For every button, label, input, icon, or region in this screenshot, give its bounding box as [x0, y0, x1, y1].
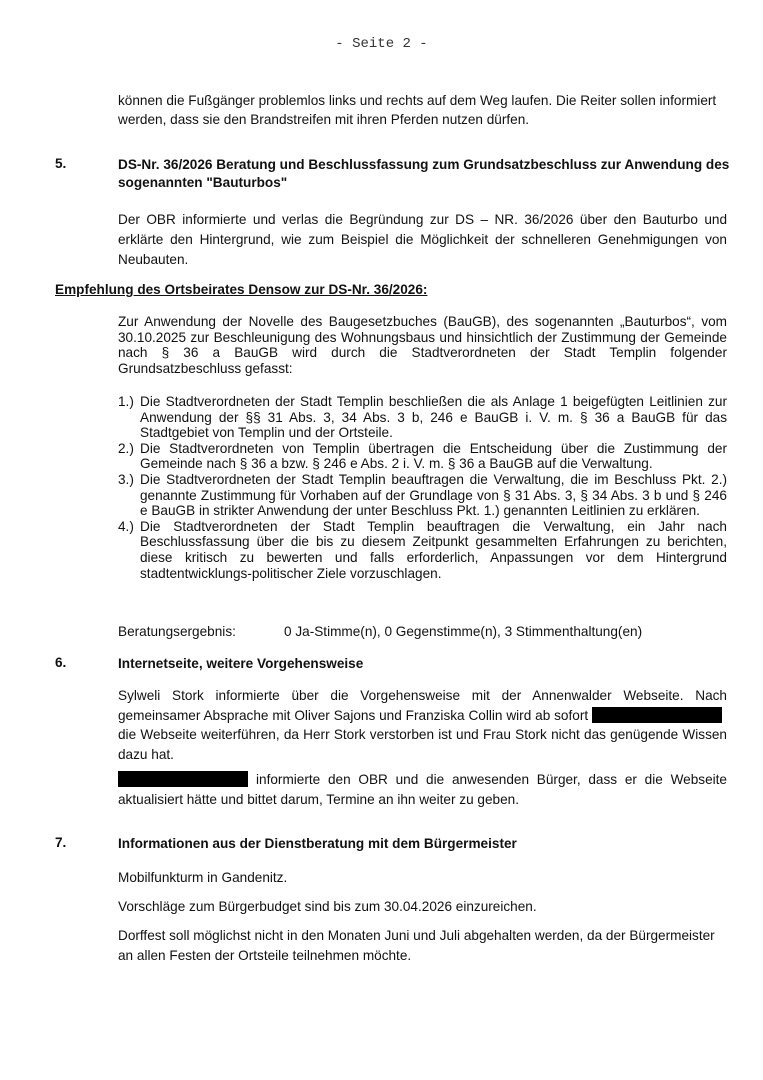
vote-result: 0 Ja-Stimme(n), 0 Gegenstimme(n), 3 Stim…: [284, 624, 642, 639]
section-6-title: Internetseite, weitere Vorgehensweise: [118, 655, 730, 673]
continuation-paragraph: können die Fußgänger problemlos links un…: [118, 91, 727, 129]
resolution-number: 1.): [118, 394, 134, 410]
section-5-title: DS-Nr. 36/2026 Beratung und Beschlussfas…: [118, 156, 730, 192]
resolution-number: 3.): [118, 472, 134, 488]
resolution-item: 2.)Die Stadtverordneten von Templin über…: [118, 441, 727, 472]
redacted-name-block: [592, 707, 722, 723]
vote-label: Beratungsergebnis:: [118, 622, 284, 641]
section-6-paragraph-1: Sylweli Stork informierte über die Vorge…: [118, 686, 727, 764]
resolution-text: Die Stadtverordneten der Stadt Templin b…: [140, 519, 727, 581]
recommendation-heading: Empfehlung des Ortsbeirates Densow zur D…: [55, 282, 427, 297]
section-6-number: 6.: [55, 655, 66, 670]
vote-result-row: Beratungsergebnis:0 Ja-Stimme(n), 0 Gege…: [118, 622, 727, 641]
section-6-paragraph-2: informierte den OBR und die anwesenden B…: [118, 770, 727, 809]
resolution-text: Die Stadtverordneten der Stadt Templin b…: [140, 394, 727, 440]
redacted-name-block: [118, 771, 248, 787]
continuation-line-2: werden, dass sie den Brandstreifen mit i…: [118, 110, 727, 129]
section-5-body: Der OBR informierte und verlas die Begrü…: [118, 210, 727, 270]
resolution-list: 1.)Die Stadtverordneten der Stadt Templi…: [118, 394, 727, 581]
resolution-item: 1.)Die Stadtverordneten der Stadt Templi…: [118, 394, 727, 441]
section-7-number: 7.: [55, 835, 66, 850]
resolution-item: 3.)Die Stadtverordneten der Stadt Templi…: [118, 472, 727, 519]
section-7-item: Dorffest soll möglichst nicht in den Mon…: [118, 926, 730, 965]
section-6-paragraph-1-b: die Webseite weiterführen, da Herr Stork…: [118, 727, 727, 762]
resolution-text: Die Stadtverordneten von Templin übertra…: [140, 441, 727, 472]
section-7-title: Informationen aus der Dienstberatung mit…: [118, 835, 730, 853]
resolution-item: 4.)Die Stadtverordneten der Stadt Templi…: [118, 519, 727, 581]
section-7-item: Vorschläge zum Bürgerbudget sind bis zum…: [118, 897, 727, 916]
continuation-line-1: können die Fußgänger problemlos links un…: [118, 91, 727, 110]
resolution-text: Die Stadtverordneten der Stadt Templin b…: [140, 472, 727, 518]
section-7-item: Mobilfunkturm in Gandenitz.: [118, 868, 727, 887]
section-5-number: 5.: [55, 156, 66, 171]
page-header: - Seite 2 -: [0, 36, 763, 52]
resolution-number: 2.): [118, 441, 134, 457]
resolution-number: 4.): [118, 519, 134, 535]
recommendation-intro: Zur Anwendung der Novelle des Baugesetzb…: [118, 314, 727, 376]
